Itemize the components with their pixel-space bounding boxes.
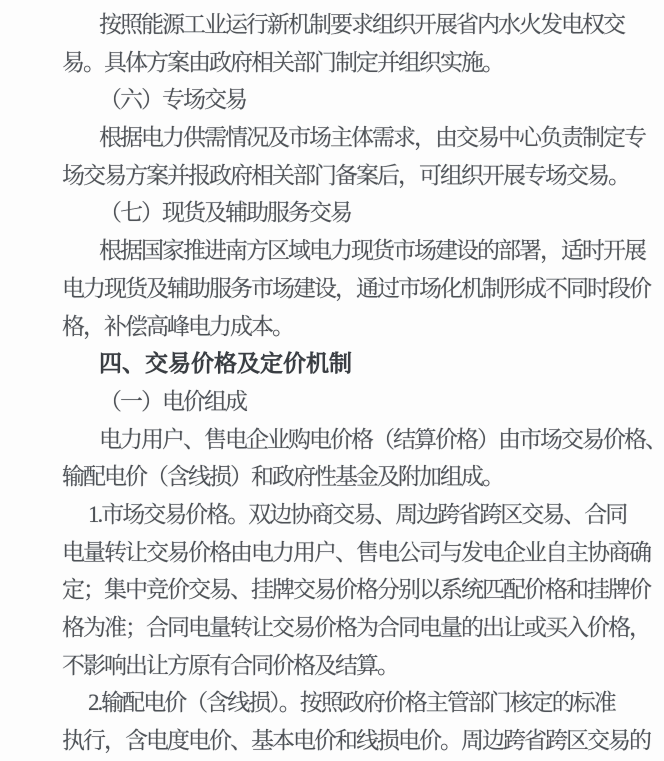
text-line: 格，补偿高峰电力成本。 (62, 308, 646, 346)
text-line: 电量转让交易价格由电力用户、售电公司与发电企业自主协商确 (62, 534, 646, 572)
text-line: 格为准；合同电量转让交易价格为合同电量的出让或买入价格， (62, 609, 646, 647)
text-line: 电力用户、售电企业购电价格（结算价格）由市场交易价格、 (62, 421, 646, 459)
text-line: 不影响出让方原有合同价格及结算。 (62, 647, 646, 685)
text-line: 按照能源工业运行新机制要求组织开展省内水火发电权交 (62, 6, 646, 44)
text-line: 执行，含电度电价、基本电价和线损电价。周边跨省跨区交易的 (62, 722, 646, 760)
text-line: 根据电力供需情况及市场主体需求，由交易中心负责制定专 (62, 119, 646, 157)
text-line: 易。具体方案由政府相关部门制定并组织实施。 (62, 44, 646, 82)
text-line: 2.输配电价（含线损）。按照政府价格主管部门核定的标准 (62, 684, 646, 722)
document-page: 按照能源工业运行新机制要求组织开展省内水火发电权交 易。具体方案由政府相关部门制… (0, 0, 664, 761)
text-line: 输配电价（含线损）和政府性基金及附加组成。 (62, 458, 646, 496)
text-line: 电力现货及辅助服务市场建设，通过市场化机制形成不同时段价 (62, 270, 646, 308)
text-line: 定；集中竞价交易、挂牌交易价格分别以系统匹配价格和挂牌价 (62, 571, 646, 609)
text-line: 1.市场交易价格。双边协商交易、周边跨省跨区交易、合同 (62, 496, 646, 534)
text-line: 根据国家推进南方区域电力现货市场建设的部署，适时开展 (62, 232, 646, 270)
sub-heading: （一）电价组成 (62, 383, 646, 421)
sub-heading: （七）现货及辅助服务交易 (62, 194, 646, 232)
section-heading: 四、交易价格及定价机制 (62, 345, 646, 383)
text-line: 场交易方案并报政府相关部门备案后，可组织开展专场交易。 (62, 157, 646, 195)
document-text-block: 按照能源工业运行新机制要求组织开展省内水火发电权交 易。具体方案由政府相关部门制… (0, 0, 664, 760)
sub-heading: （六）专场交易 (62, 81, 646, 119)
